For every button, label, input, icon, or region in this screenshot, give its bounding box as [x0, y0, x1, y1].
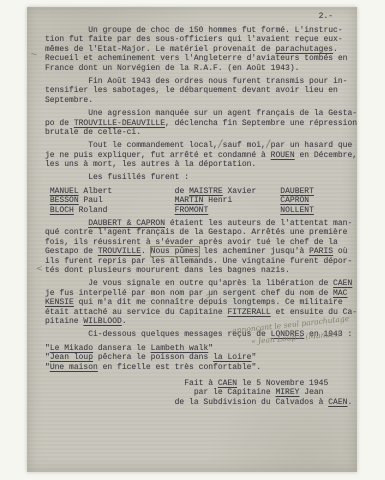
- text-block: Fait à CAEN le 5 Novembre 1945 par le Ca…: [45, 379, 351, 407]
- text-segment: Fin Août 1943 des ordres nous furent tra…: [45, 77, 347, 86]
- text-segment: Xavier: [223, 187, 257, 196]
- emphasized-text: CAPRON: [280, 196, 309, 205]
- emphasized-text: CAEN: [328, 398, 347, 407]
- text-segment: po de: [45, 119, 74, 128]
- text-segment: [45, 379, 184, 388]
- text-line: DAUBERT & CAPRON étaient les auteurs de …: [45, 219, 351, 228]
- text-segment: [103, 196, 175, 205]
- text-segment: fois, ils réussirent à s'évader après av…: [45, 238, 338, 247]
- emphasized-text: TROUVILLE: [98, 247, 141, 256]
- text-line: MANUEL Albert de MAISTRE Xavier DAUBERT: [45, 187, 351, 196]
- emphasized-text: BESSON: [50, 196, 79, 205]
- emphasized-text: CAEN: [333, 279, 352, 288]
- emphasized-text: la Loire: [213, 353, 251, 362]
- emphasized-text: PARIS: [309, 247, 333, 256]
- text-segment: .: [333, 45, 338, 54]
- emphasized-text: Jean loup: [50, 353, 93, 362]
- text-segment: dansera le: [93, 344, 151, 353]
- text-segment: où: [333, 247, 347, 256]
- text-segment: , déclencha fin Septembre une répression: [165, 119, 357, 128]
- text-segment: Les fusillés furent :: [45, 173, 189, 182]
- emphasized-text: Le Mikado: [50, 344, 93, 353]
- text-segment: [232, 196, 280, 205]
- text-segment: Tout le commandement local,: [45, 141, 223, 150]
- text-segment: brutale de celle-ci.: [45, 128, 141, 137]
- handwritten-annotation: ?: [205, 295, 210, 303]
- text-line: tion fut faite par des sous-officiers qu…: [45, 35, 351, 44]
- text-line: mêmes de l'Etat-Major. Le matériel prove…: [45, 45, 351, 54]
- text-segment: Une agression manquée sur un agent franç…: [45, 109, 357, 118]
- text-block: Fin Août 1943 des ordres nous furent tra…: [45, 77, 351, 105]
- text-segment: tion fut faite par des sous-officiers qu…: [45, 35, 343, 44]
- text-segment: .: [141, 247, 151, 256]
- text-segment: le 5 Novembre 1945: [237, 379, 328, 388]
- emphasized-text: FITZERALL: [227, 308, 270, 317]
- text-segment: Gestapo de: [45, 247, 98, 256]
- emphasized-text: sauf moi,: [223, 141, 266, 150]
- text-line: Gestapo de TROUVILLE. Nous pûmes les ach…: [45, 247, 351, 256]
- text-line: KENSIE qui m'a dit me connaître depuis l…: [45, 298, 351, 307]
- text-line: Je vous signale en outre qu'après la lib…: [45, 279, 351, 288]
- text-line: était attaché au service du Capitaine FI…: [45, 308, 351, 317]
- text-segment: les acheminer jusqu'à: [199, 247, 309, 256]
- emphasized-text: Lambeth walk: [151, 344, 209, 353]
- text-segment: tensifier les sabotages, le débarquement…: [45, 86, 338, 95]
- text-line: tensifier les sabotages, le débarquement…: [45, 86, 351, 95]
- text-line: Septembre.: [45, 96, 351, 105]
- text-segment: [256, 187, 280, 196]
- text-line: brutale de celle-ci.: [45, 128, 351, 137]
- text-block: Un groupe de choc de 150 hommes fut form…: [45, 26, 351, 73]
- text-segment: les uns à mort, les autres à la déportat…: [45, 160, 256, 169]
- emphasized-text: NOLLENT: [280, 206, 314, 215]
- text-line: ils furent repris par les allemands. Une…: [45, 257, 351, 266]
- handwritten-annotation: ~: [29, 50, 38, 59]
- text-segment: Fait à: [184, 379, 218, 388]
- text-segment: ": [251, 353, 256, 362]
- text-segment: était attaché au service du Capitaine: [45, 308, 227, 317]
- scan-background: { "colors": { "scan_bg": "#f6f6f0", "pap…: [0, 0, 385, 480]
- text-segment: mêmes de l'Etat-Major. Le matériel prove…: [45, 45, 275, 54]
- emphasized-text: MAC: [333, 289, 347, 298]
- text-line: "Jean loup pêchera le poisson dans la Lo…: [45, 353, 351, 362]
- text-line: Une agression manquée sur un agent franç…: [45, 109, 351, 118]
- text-line: je fus interpellé par mon nom par un ser…: [45, 289, 351, 298]
- text-segment: je ne puis expliquer, fut arrêté et cond…: [45, 151, 271, 160]
- emphasized-text: TROUVILLE-DEAUVILLE: [74, 119, 165, 128]
- text-segment: Henri: [203, 196, 232, 205]
- text-segment: en Décembre,: [295, 151, 357, 160]
- text-line: BLOCH Roland FROMONT NOLLENT: [45, 206, 351, 215]
- text-line: France dont un Norvégien de la R.A.F. (e…: [45, 64, 351, 73]
- text-line: les uns à mort, les autres à la déportat…: [45, 160, 351, 169]
- text-line: Les fusillés furent :: [45, 173, 351, 182]
- emphasized-text: Une maison: [50, 363, 98, 372]
- text-line: je ne puis expliquer, fut arrêté et cond…: [45, 151, 351, 160]
- text-line: Fait à CAEN le 5 Novembre 1945: [45, 379, 351, 388]
- text-segment: ils furent repris par les allemands. Une…: [45, 257, 352, 266]
- emphasized-text: MIREY: [275, 388, 299, 397]
- text-segment: ": [208, 344, 213, 353]
- text-segment: Recueil et acheminement vers l'Angleterr…: [45, 54, 347, 63]
- text-segment: [107, 206, 174, 215]
- text-segment: pitaine: [45, 317, 83, 326]
- emphasized-text: MARTIN: [175, 196, 204, 205]
- text-segment: [208, 206, 280, 215]
- text-segment: Paul: [79, 196, 103, 205]
- document-text: Un groupe de choc de 150 hommes fut form…: [45, 26, 351, 411]
- text-segment: qué contre l'agent français de la Gestap…: [45, 228, 347, 237]
- text-segment: Jean: [299, 388, 323, 397]
- text-segment: pêchera le poisson dans: [93, 353, 213, 362]
- text-line: par le Capitaine MIREY Jean: [45, 388, 351, 397]
- emphasized-text: MAISTRE: [189, 187, 223, 196]
- document-page: 2.- Un groupe de choc de 150 hommes fut …: [27, 7, 357, 472]
- text-segment: .: [347, 398, 352, 407]
- text-block: Les fusillés furent :: [45, 173, 351, 182]
- emphasized-text: DAUBERT: [280, 187, 314, 196]
- text-line: po de TROUVILLE-DEAUVILLE, déclencha fin…: [45, 119, 351, 128]
- text-line: Un groupe de choc de 150 hommes fut form…: [45, 26, 351, 35]
- page-number: 2.-: [319, 12, 333, 21]
- text-block: DAUBERT & CAPRON étaient les auteurs de …: [45, 219, 351, 275]
- emphasized-text: KENSIE: [45, 298, 74, 307]
- text-block: "Le Mikado dansera le Lambeth walk""Jean…: [45, 344, 351, 372]
- text-segment: Albert: [79, 187, 113, 196]
- text-segment: je fus interpellé par mon nom par un ser…: [45, 289, 333, 298]
- emphasized-text: FROMONT: [175, 206, 209, 215]
- text-segment: étaient les auteurs de l'attentat man-: [165, 219, 352, 228]
- text-segment: Roland: [74, 206, 108, 215]
- text-line: Recueil et acheminement vers l'Angleterr…: [45, 54, 351, 63]
- text-segment: [45, 388, 194, 397]
- emphasized-text: MANUEL: [50, 187, 79, 196]
- emphasized-text: ROUEN: [271, 151, 295, 160]
- text-segment: Je vous signale en outre qu'après la lib…: [45, 279, 333, 288]
- text-block: Une agression manquée sur un agent franç…: [45, 109, 351, 137]
- text-segment: [45, 219, 88, 228]
- text-segment: .: [122, 317, 127, 326]
- text-line: tés dont plusieurs moururent dans les ba…: [45, 266, 351, 275]
- emphasized-text: WILBLOOD: [83, 317, 121, 326]
- text-line: "Une maison en ficelle est très conforta…: [45, 363, 351, 372]
- text-block: Tout le commandement local, sauf moi, pa…: [45, 141, 351, 169]
- text-segment: par un hasard que: [266, 141, 352, 150]
- text-segment: Septembre.: [45, 96, 93, 105]
- emphasized-text: BLOCH: [50, 206, 74, 215]
- text-line: Tout le commandement local, sauf moi, pa…: [45, 141, 351, 150]
- text-segment: Un groupe de choc de 150 hommes fut form…: [45, 26, 343, 35]
- text-segment: par le Capitaine: [194, 388, 276, 397]
- handwritten-annotation: <: [36, 265, 43, 273]
- text-segment: de la Subdivision du Calvados à: [175, 398, 329, 407]
- emphasized-text: Nous pûmes: [151, 247, 199, 256]
- text-line: qué contre l'agent français de la Gestap…: [45, 228, 351, 237]
- text-segment: de: [175, 187, 189, 196]
- text-segment: France dont un Norvégien de la R.A.F. (e…: [45, 64, 299, 73]
- text-block: MANUEL Albert de MAISTRE Xavier DAUBERT …: [45, 187, 351, 215]
- emphasized-text: CAEN: [218, 379, 237, 388]
- emphasized-text: DAUBERT & CAPRON: [88, 219, 165, 228]
- text-line: BESSON Paul MARTIN Henri CAPRON: [45, 196, 351, 205]
- text-line: de la Subdivision du Calvados à CAEN.: [45, 398, 351, 407]
- text-segment: en ficelle est très confortable".: [98, 363, 261, 372]
- text-line: fois, ils réussirent à s'évader après av…: [45, 238, 351, 247]
- text-line: Fin Août 1943 des ordres nous furent tra…: [45, 77, 351, 86]
- text-segment: [45, 398, 175, 407]
- text-line: "Le Mikado dansera le Lambeth walk": [45, 344, 351, 353]
- text-segment: tés dont plusieurs moururent dans les ba…: [45, 266, 290, 275]
- text-segment: [112, 187, 174, 196]
- emphasized-text: parachutages: [275, 45, 333, 54]
